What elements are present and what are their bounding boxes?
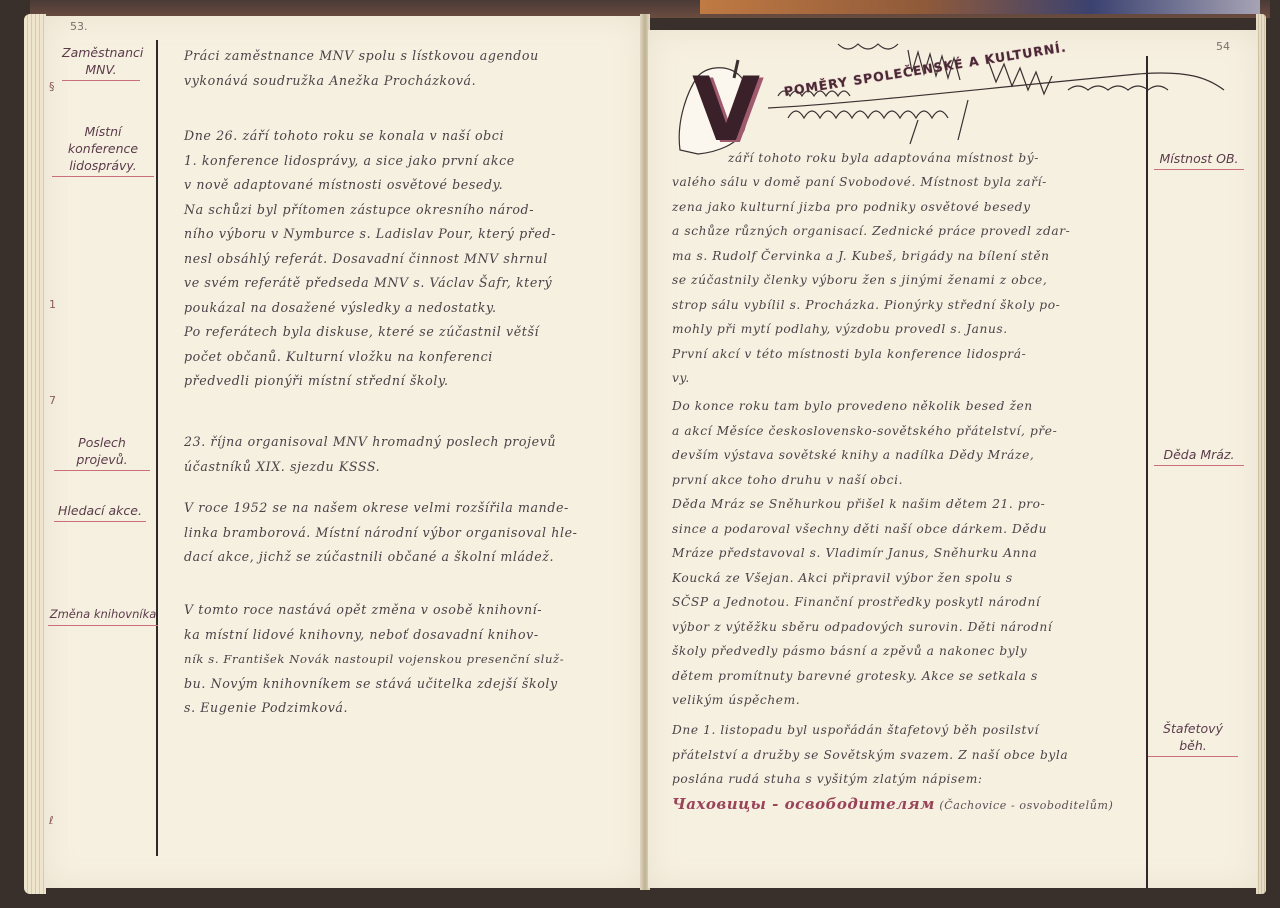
- margin-label-line: Změna knihovníka: [48, 606, 158, 623]
- chapter-initial: V: [692, 66, 760, 154]
- margin-label-line: Štafetový běh.: [1148, 720, 1238, 754]
- page-edge-left: [24, 14, 46, 894]
- text-line: ve svém referátě předseda MNV s. Václav …: [184, 271, 556, 296]
- text-line: Práci zaměstnance MNV spolu s lístkovou …: [184, 44, 539, 69]
- paragraph-poslech: 23. října organisoval MNV hromadný posle…: [184, 430, 556, 479]
- text-line: školy předvedly pásmo básní a zpěvů a na…: [672, 639, 1057, 664]
- text-line: dací akce, jichž se zúčastnili občané a …: [184, 545, 577, 570]
- text-line: přátelství a družby se Sovětským svazem.…: [672, 743, 1113, 768]
- text-line: strop sálu vybílil s. Procházka. Pionýrk…: [672, 293, 1070, 318]
- margin-label-zmena-knihovnika: Změna knihovníka: [48, 606, 158, 626]
- text-line: dětem promítnuty barevné grotesky. Akce …: [672, 664, 1057, 689]
- left-page: 53. § 1 7 ℓ Zaměstnanci MNV. Práci zaměs…: [44, 16, 642, 888]
- margin-rule-left: [156, 40, 158, 856]
- text-line: nesl obsáhlý referát. Dosavadní činnost …: [184, 247, 556, 272]
- text-line: V roce 1952 se na našem okrese velmi roz…: [184, 496, 577, 521]
- text-line: valého sálu v domě paní Svobodové. Místn…: [672, 170, 1070, 195]
- text-line: účastníků XIX. sjezdu KSSS.: [184, 455, 556, 480]
- margin-label-konference: Místní konference lidosprávy.: [52, 123, 154, 177]
- text-line: Po referátech byla diskuse, které se zúč…: [184, 320, 556, 345]
- text-line: Do konce roku tam bylo provedeno několik…: [672, 394, 1057, 419]
- margin-label-line: Místní konference: [52, 123, 154, 157]
- text-line: 1. konference lidosprávy, a sice jako pr…: [184, 149, 556, 174]
- text-line: první akce toho druhu v naší obci.: [672, 468, 1057, 493]
- paragraph-zmena-knihovnika: V tomto roce nastává opět změna v osobě …: [184, 598, 564, 721]
- margin-mark: 7: [49, 394, 56, 407]
- text-line: vykonává soudružka Anežka Procházková.: [184, 69, 539, 94]
- margin-label-zamestnanci: Zaměstnanci MNV.: [62, 44, 140, 81]
- text-line: bu. Novým knihovníkem se stává učitelka …: [184, 672, 564, 697]
- text-line: ník s. František Novák nastoupil vojensk…: [184, 647, 564, 672]
- text-line: se zúčastnily členky výboru žen s jinými…: [672, 268, 1070, 293]
- margin-label-line: Poslech projevů.: [54, 434, 150, 468]
- text-line: poslána rudá stuha s vyšitým zlatým nápi…: [672, 767, 1113, 792]
- text-line: Koucká ze Všejan. Akci připravil výbor ž…: [672, 566, 1057, 591]
- text-line: velikým úspěchem.: [672, 688, 1057, 713]
- text-line: poukázal na dosažené výsledky a nedostat…: [184, 296, 556, 321]
- margin-label-hledaci-akce: Hledací akce.: [54, 502, 146, 522]
- margin-label-line: Děda Mráz.: [1154, 446, 1244, 463]
- paragraph-stafetovy-beh: Dne 1. listopadu byl uspořádán štafetový…: [672, 718, 1113, 818]
- text-line: Děda Mráz se Sněhurkou přišel k našim dě…: [672, 492, 1057, 517]
- text-line: devším výstava sovětské knihy a nadílka …: [672, 443, 1057, 468]
- text-line: vy.: [672, 366, 1070, 391]
- margin-label-line: MNV.: [62, 61, 140, 78]
- text-line: a akcí Měsíce československo-sovětského …: [672, 419, 1057, 444]
- margin-rule-right: [1146, 56, 1148, 888]
- text-line: ního výboru v Nymburce s. Ladislav Pour,…: [184, 222, 556, 247]
- text-line: v nově adaptované místnosti osvětové bes…: [184, 173, 556, 198]
- margin-label-line: Zaměstnanci: [62, 44, 140, 61]
- text-line: ka místní lidové knihovny, neboť dosavad…: [184, 623, 564, 648]
- text-line: počet občanů. Kulturní vložku na konfere…: [184, 345, 556, 370]
- margin-label-poslech: Poslech projevů.: [54, 434, 150, 471]
- paragraph-hledaci-akce: V roce 1952 se na našem okrese velmi roz…: [184, 496, 577, 570]
- margin-label-line: Hledací akce.: [54, 502, 146, 519]
- paragraph-zamestnanci: Práci zaměstnance MNV spolu s lístkovou …: [184, 44, 539, 93]
- text-line: SČSP a Jednotou. Finanční prostředky pos…: [672, 590, 1057, 615]
- inscription-line: Чаховицы - освободителям (Čachovice - os…: [672, 792, 1113, 819]
- text-line: Dne 1. listopadu byl uspořádán štafetový…: [672, 718, 1113, 743]
- text-line: Mráze představoval s. Vladimír Janus, Sn…: [672, 541, 1057, 566]
- paragraph-konference: Dne 26. září tohoto roku se konala v naš…: [184, 124, 556, 394]
- margin-mark: §: [49, 80, 55, 93]
- book-cover-top-right: [700, 0, 1260, 14]
- text-line: linka bramborová. Místní národní výbor o…: [184, 521, 577, 546]
- russian-inscription: Чаховицы - освободителям: [672, 795, 935, 813]
- margin-label-line: lidosprávy.: [52, 157, 154, 174]
- text-line: předvedli pionýři místní střední školy.: [184, 369, 556, 394]
- text-line: 23. října organisoval MNV hromadný posle…: [184, 430, 556, 455]
- paragraph-deda-mraz: Do konce roku tam bylo provedeno několik…: [672, 394, 1057, 713]
- text-line: První akcí v této místnosti byla konfere…: [672, 342, 1070, 367]
- text-line: a schůze různých organisací. Zednické pr…: [672, 219, 1070, 244]
- text-line: ma s. Rudolf Červinka a J. Kubeš, brigád…: [672, 244, 1070, 269]
- text-line: since a podaroval všechny děti naší obce…: [672, 517, 1057, 542]
- text-line: Dne 26. září tohoto roku se konala v naš…: [184, 124, 556, 149]
- margin-mark: ℓ: [49, 814, 54, 827]
- paragraph-mistnost-ob-cont: valého sálu v domě paní Svobodové. Místn…: [672, 170, 1070, 391]
- margin-label-stafetovy-beh: Štafetový běh.: [1148, 720, 1238, 757]
- text-line: s. Eugenie Podzimková.: [184, 696, 564, 721]
- chapter-heading-art: V POMĚRY SPOLEČENSKÉ A KULTURNÍ.: [668, 30, 1238, 160]
- margin-label-deda-mraz: Děda Mráz.: [1154, 446, 1244, 466]
- page-number-left: 53.: [70, 20, 88, 33]
- margin-mark: 1: [49, 298, 56, 311]
- text-line: Na schůzi byl přítomen zástupce okresníh…: [184, 198, 556, 223]
- text-line: zena jako kulturní jizba pro podniky osv…: [672, 195, 1070, 220]
- text-line: V tomto roce nastává opět změna v osobě …: [184, 598, 564, 623]
- text-line: výbor z výtěžku sběru odpadových surovin…: [672, 615, 1057, 640]
- inscription-gloss: (Čachovice - osvoboditelům): [939, 799, 1113, 812]
- text-line: mohly při mytí podlahy, výzdobu provedl …: [672, 317, 1070, 342]
